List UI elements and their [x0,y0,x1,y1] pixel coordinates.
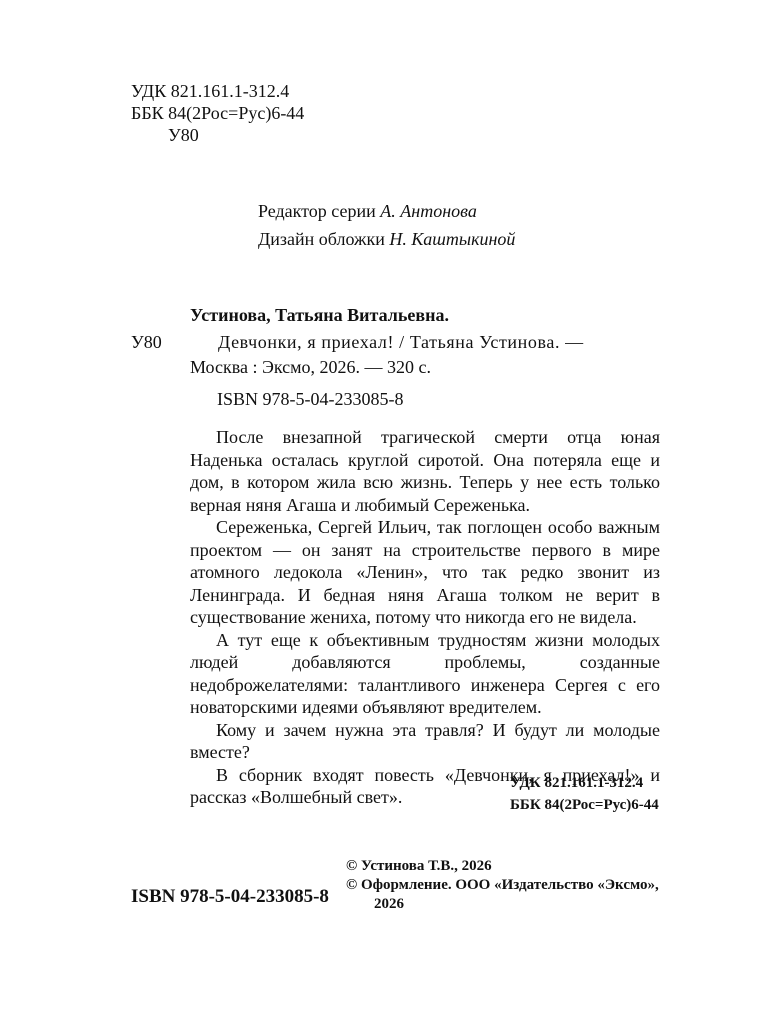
isbn-record: ISBN 978-5-04-233085-8 [217,388,404,410]
isbn-footer: ISBN 978-5-04-233085-8 [131,886,329,908]
author-heading: Устинова, Татьяна Витальевна. [190,304,449,326]
cover-design-credit: Дизайн обложки Н. Каштыкиной [258,228,515,250]
bbk-code-top: ББК 84(2Рос=Рус)6-44 [131,102,304,124]
annotation-paragraph: Сереженька, Сергей Ильич, так поглощен о… [190,516,660,629]
title-statement: Девчонки, я приехал! / Татьяна Устинова.… [190,331,660,353]
author-code-margin: У80 [131,331,162,353]
udk-code-top: УДК 821.161.1-312.4 [131,80,289,102]
series-editor-label: Редактор серии [258,201,376,221]
series-editor-credit: Редактор серии А. Антонова [258,200,477,222]
annotation: После внезапной трагической смерти отца … [190,426,660,809]
author-code-top: У80 [168,124,199,146]
copyright-author: © Устинова Т.В., 2026 [346,858,492,875]
annotation-paragraph: А тут еще к объективным трудностям жизни… [190,629,660,719]
publication-statement: Москва : Эксмо, 2026. — 320 с. [190,356,431,378]
series-editor-name: А. Антонова [380,201,477,221]
annotation-paragraph: После внезапной трагической смерти отца … [190,426,660,516]
cover-design-label: Дизайн обложки [258,229,385,249]
copyright-design-year: 2026 [374,896,404,913]
cover-designer-name: Н. Каштыкиной [389,229,515,249]
udk-code-bottom: УДК 821.161.1-312.4 [510,775,643,792]
title-text: Девчонки, я приехал! / Татьяна Устинова.… [218,332,584,352]
annotation-paragraph: Кому и зачем нужна эта травля? И будут л… [190,719,660,764]
copyright-design: © Оформление. ООО «Издательство «Эксмо», [346,877,659,894]
bbk-code-bottom: ББК 84(2Рос=Рус)6-44 [510,797,659,814]
